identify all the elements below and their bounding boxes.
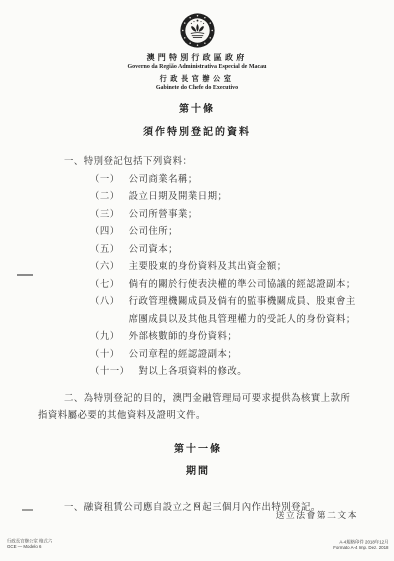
item-marker: （六） — [90, 259, 120, 277]
print-reference-note: A-4規格印件 2018年12月 Formato A-4 Imp. Dez. 2… — [333, 540, 388, 550]
list-item: （八） 行政管理機關成員及倘有的監事機關成員、股東會主席團成員以及其他具管理權力… — [90, 294, 358, 329]
item-marker: （十一） — [90, 364, 130, 382]
article10-paragraph2: 二、為特別登記的目的，澳門金融管理局可要求提供為核實上款所指資料屬必要的其他資料… — [38, 391, 358, 426]
item-text: 公司住所； — [129, 224, 358, 242]
article10-item-list: （一） 公司商業名稱； （二） 設立日期及開業日期； （三） 公司所營事業； （… — [90, 172, 358, 382]
version-note: 送立法會第二文本 — [276, 508, 358, 521]
margin-registration-mark — [17, 274, 33, 276]
item-text: 對以上各項資料的修改。 — [139, 364, 358, 382]
scanned-document-page: 澳門特別行政區政府 Governo da Região Administrati… — [0, 0, 394, 561]
list-item: （十一） 對以上各項資料的修改。 — [90, 364, 358, 382]
item-marker: （九） — [90, 329, 120, 347]
form-note-pt: GCE — Modelo 6 — [7, 544, 52, 549]
document-body: 一、特別登記包括下列資料： （一） 公司商業名稱； （二） 設立日期及開業日期；… — [38, 154, 358, 517]
item-marker: （八） — [90, 294, 120, 312]
government-name-zh: 澳門特別行政區政府 — [0, 52, 394, 63]
list-item: （九） 外部核數師的身份資料； — [90, 329, 358, 347]
item-text: 主要股東的身份資料及其出資金額； — [129, 259, 358, 277]
item-text: 公司商業名稱； — [129, 172, 358, 190]
list-item: （四） 公司住所； — [90, 224, 358, 242]
list-item: （一） 公司商業名稱； — [90, 172, 358, 190]
article10-paragraph1-intro: 一、特別登記包括下列資料： — [38, 154, 358, 172]
item-text: 設立日期及開業日期； — [129, 189, 358, 207]
item-marker: （五） — [90, 242, 120, 260]
item-marker: （七） — [90, 277, 120, 295]
government-name-pt: Governo da Região Administrativa Especia… — [0, 64, 394, 70]
item-marker: （一） — [90, 172, 120, 190]
item-text: 公司所營事業； — [129, 207, 358, 225]
list-item: （三） 公司所營事業； — [90, 207, 358, 225]
margin-registration-mark — [22, 509, 33, 511]
macau-government-seal-icon — [179, 12, 216, 49]
document-header: 澳門特別行政區政府 Governo da Região Administrati… — [0, 0, 394, 91]
form-reference-note: 行政長官辦公室 格式六 GCE — Modelo 6 — [7, 539, 52, 549]
article10-number: 第十條 — [0, 100, 394, 115]
article11-title: 期間 — [38, 463, 358, 481]
list-item: （六） 主要股東的身份資料及其出資金額； — [90, 259, 358, 277]
list-item: （七） 倘有的關於行使表決權的準公司協議的經認證副本； — [90, 277, 358, 295]
list-item: （二） 設立日期及開業日期； — [90, 189, 358, 207]
item-text: 外部核數師的身份資料； — [129, 329, 358, 347]
item-text: 公司資本； — [129, 242, 358, 260]
office-name-zh: 行政長官辦公室 — [0, 74, 394, 84]
office-name-pt: Gabinete do Chefe do Executivo — [0, 85, 394, 91]
item-text: 公司章程的經認證副本； — [129, 347, 358, 365]
item-marker: （二） — [90, 189, 120, 207]
print-note-pt: Formato A-4 Imp. Dez. 2018 — [333, 545, 388, 550]
item-text: 行政管理機關成員及倘有的監事機關成員、股東會主席團成員以及其他具管理權力的受託人… — [129, 294, 358, 329]
list-item: （十） 公司章程的經認證副本； — [90, 347, 358, 365]
article11-number: 第十一條 — [38, 441, 358, 459]
form-note-zh: 行政長官辦公室 格式六 — [7, 539, 52, 544]
article10-title: 須作特別登記的資料 — [0, 123, 394, 138]
print-note-zh: A-4規格印件 2018年12月 — [333, 540, 388, 545]
list-item: （五） 公司資本； — [90, 242, 358, 260]
item-marker: （三） — [90, 207, 120, 225]
item-marker: （四） — [90, 224, 120, 242]
item-text: 倘有的關於行使表決權的準公司協議的經認證副本； — [129, 277, 358, 295]
item-marker: （十） — [90, 347, 120, 365]
